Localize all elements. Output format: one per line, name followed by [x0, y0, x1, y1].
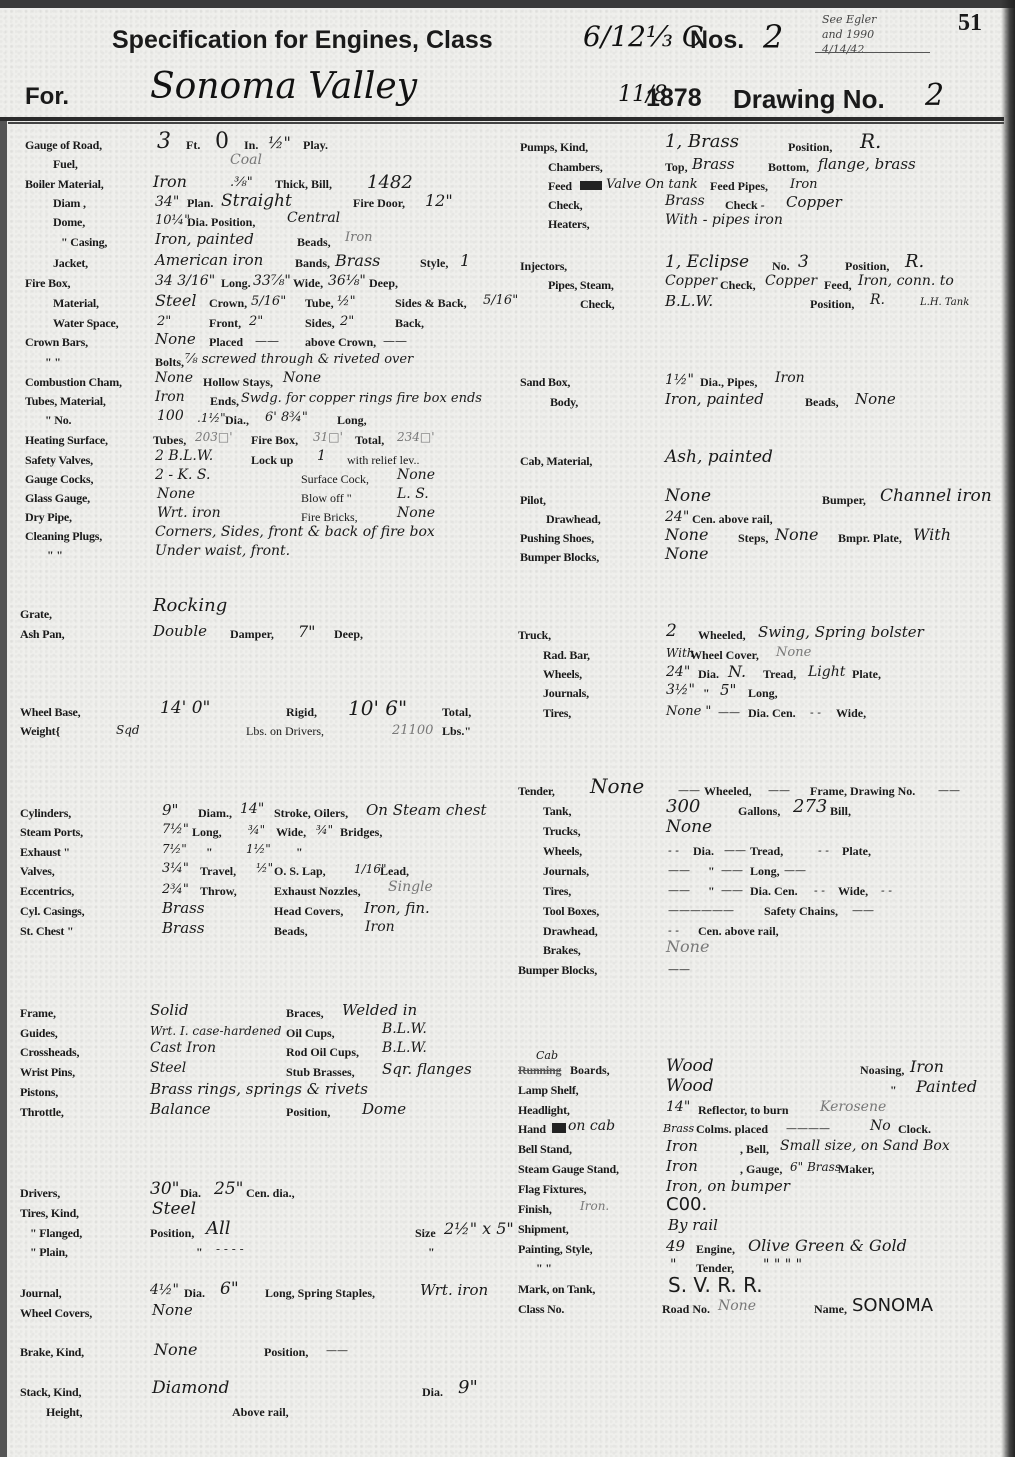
margin-note-rule: [815, 52, 930, 53]
specification-sheet: Specification for Engines, Class 6/12⅓ C…: [0, 0, 1015, 1457]
nos-value: 2: [763, 18, 783, 56]
for-value: Sonoma Valley: [150, 66, 417, 107]
sheet-title: Specification for Engines, Class: [112, 26, 493, 55]
top-border: [0, 0, 1015, 8]
header-rule: [0, 117, 1004, 121]
for-label: For.: [25, 83, 69, 111]
year-value: 1878: [646, 84, 702, 113]
drawing-value: 2: [925, 78, 944, 113]
box-rule: [8, 122, 1004, 124]
page-number: 51: [958, 10, 982, 37]
nos-label: Nos.: [690, 26, 744, 55]
margin-note: See Egler and 1990 4/14/42: [822, 12, 876, 57]
class-value: 6/12⅓ C: [583, 20, 703, 53]
left-edge: [0, 120, 7, 1457]
redaction-mark: [552, 1123, 566, 1133]
redaction-mark: [580, 181, 602, 190]
right-edge: [1001, 0, 1015, 1457]
drawing-label: Drawing No.: [733, 84, 885, 115]
